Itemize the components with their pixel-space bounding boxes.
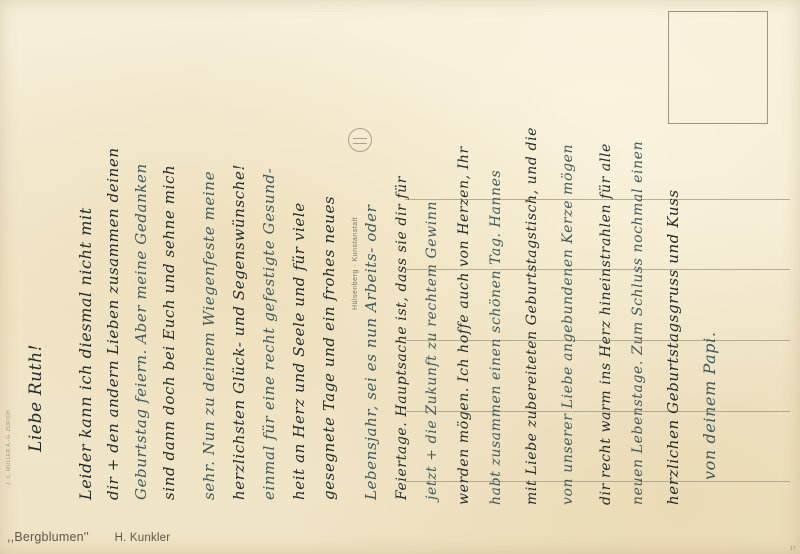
letter-line: herzlichsten Glück- und Segenswünsche! [230, 164, 248, 500]
letter-line: neuen Lebenstage. Zum Schluss nochmal ei… [630, 141, 646, 505]
letter-closing: von deinem Papi. [700, 331, 719, 480]
artwork-title: ,,Bergblumen'' [7, 530, 89, 544]
letter-line: herzlichen Geburtstagsgruss und Kuss [664, 189, 682, 505]
letter-line: mit Liebe zubereiteten Geburtstagstisch,… [524, 127, 540, 505]
letter-line: sind dann doch bei Euch und sehne mich [160, 165, 178, 500]
letter-line: gesegnete Tage und ein frohes neues [320, 196, 338, 500]
letter-line: Lebensjahr, sei es nun Arbeits- oder [362, 205, 380, 500]
serial-number: 17 [790, 546, 796, 552]
postcard-back: Hülsenberg · Kunstanstalt J. C. MÜLLER A… [0, 0, 800, 554]
letter-line: dir recht warm ins Herz hineinstrahlen f… [598, 143, 614, 505]
artist-name: H. Kunkler [115, 532, 171, 544]
letter-line: werden mögen. Ich hoffe auch von Herzen,… [456, 146, 472, 505]
publisher-logo-icon [348, 128, 372, 152]
letter-line: Geburtstag feiern. Aber meine Gedanken [132, 163, 150, 500]
letter-line: heit an Herz und Seele und für viele [290, 202, 308, 500]
letter-line: habt zusammen einen schönen Tag. Hannes [488, 170, 504, 505]
letter-line: von unserer Liebe angebundenen Kerze mög… [560, 144, 576, 505]
letter-salutation: Liebe Ruth! [26, 344, 46, 452]
letter-line: dir + den andern Lieben zusammen deinen [104, 147, 122, 500]
letter-line: Feiertage. Hauptsache ist, dass sie dir … [394, 176, 410, 500]
publisher-imprint: Hülsenberg · Kunstanstalt [352, 217, 359, 310]
letter-line: einmal für eine recht gefestigte Gesund- [260, 168, 278, 500]
letter-line: Leider kann ich diesmal nicht mit [76, 207, 95, 500]
stamp-box [668, 11, 768, 124]
letter-line: jetzt + die Zukunft zu rechtem Gewinn [424, 201, 440, 500]
printer-imprint: J. C. MÜLLER A.-G. ZÜRICH [6, 410, 12, 485]
postcard-caption: ,,Bergblumen'' H. Kunkler [7, 530, 170, 544]
letter-line: sehr. Nun zu deinem Wiegenfeste meine [200, 171, 218, 500]
